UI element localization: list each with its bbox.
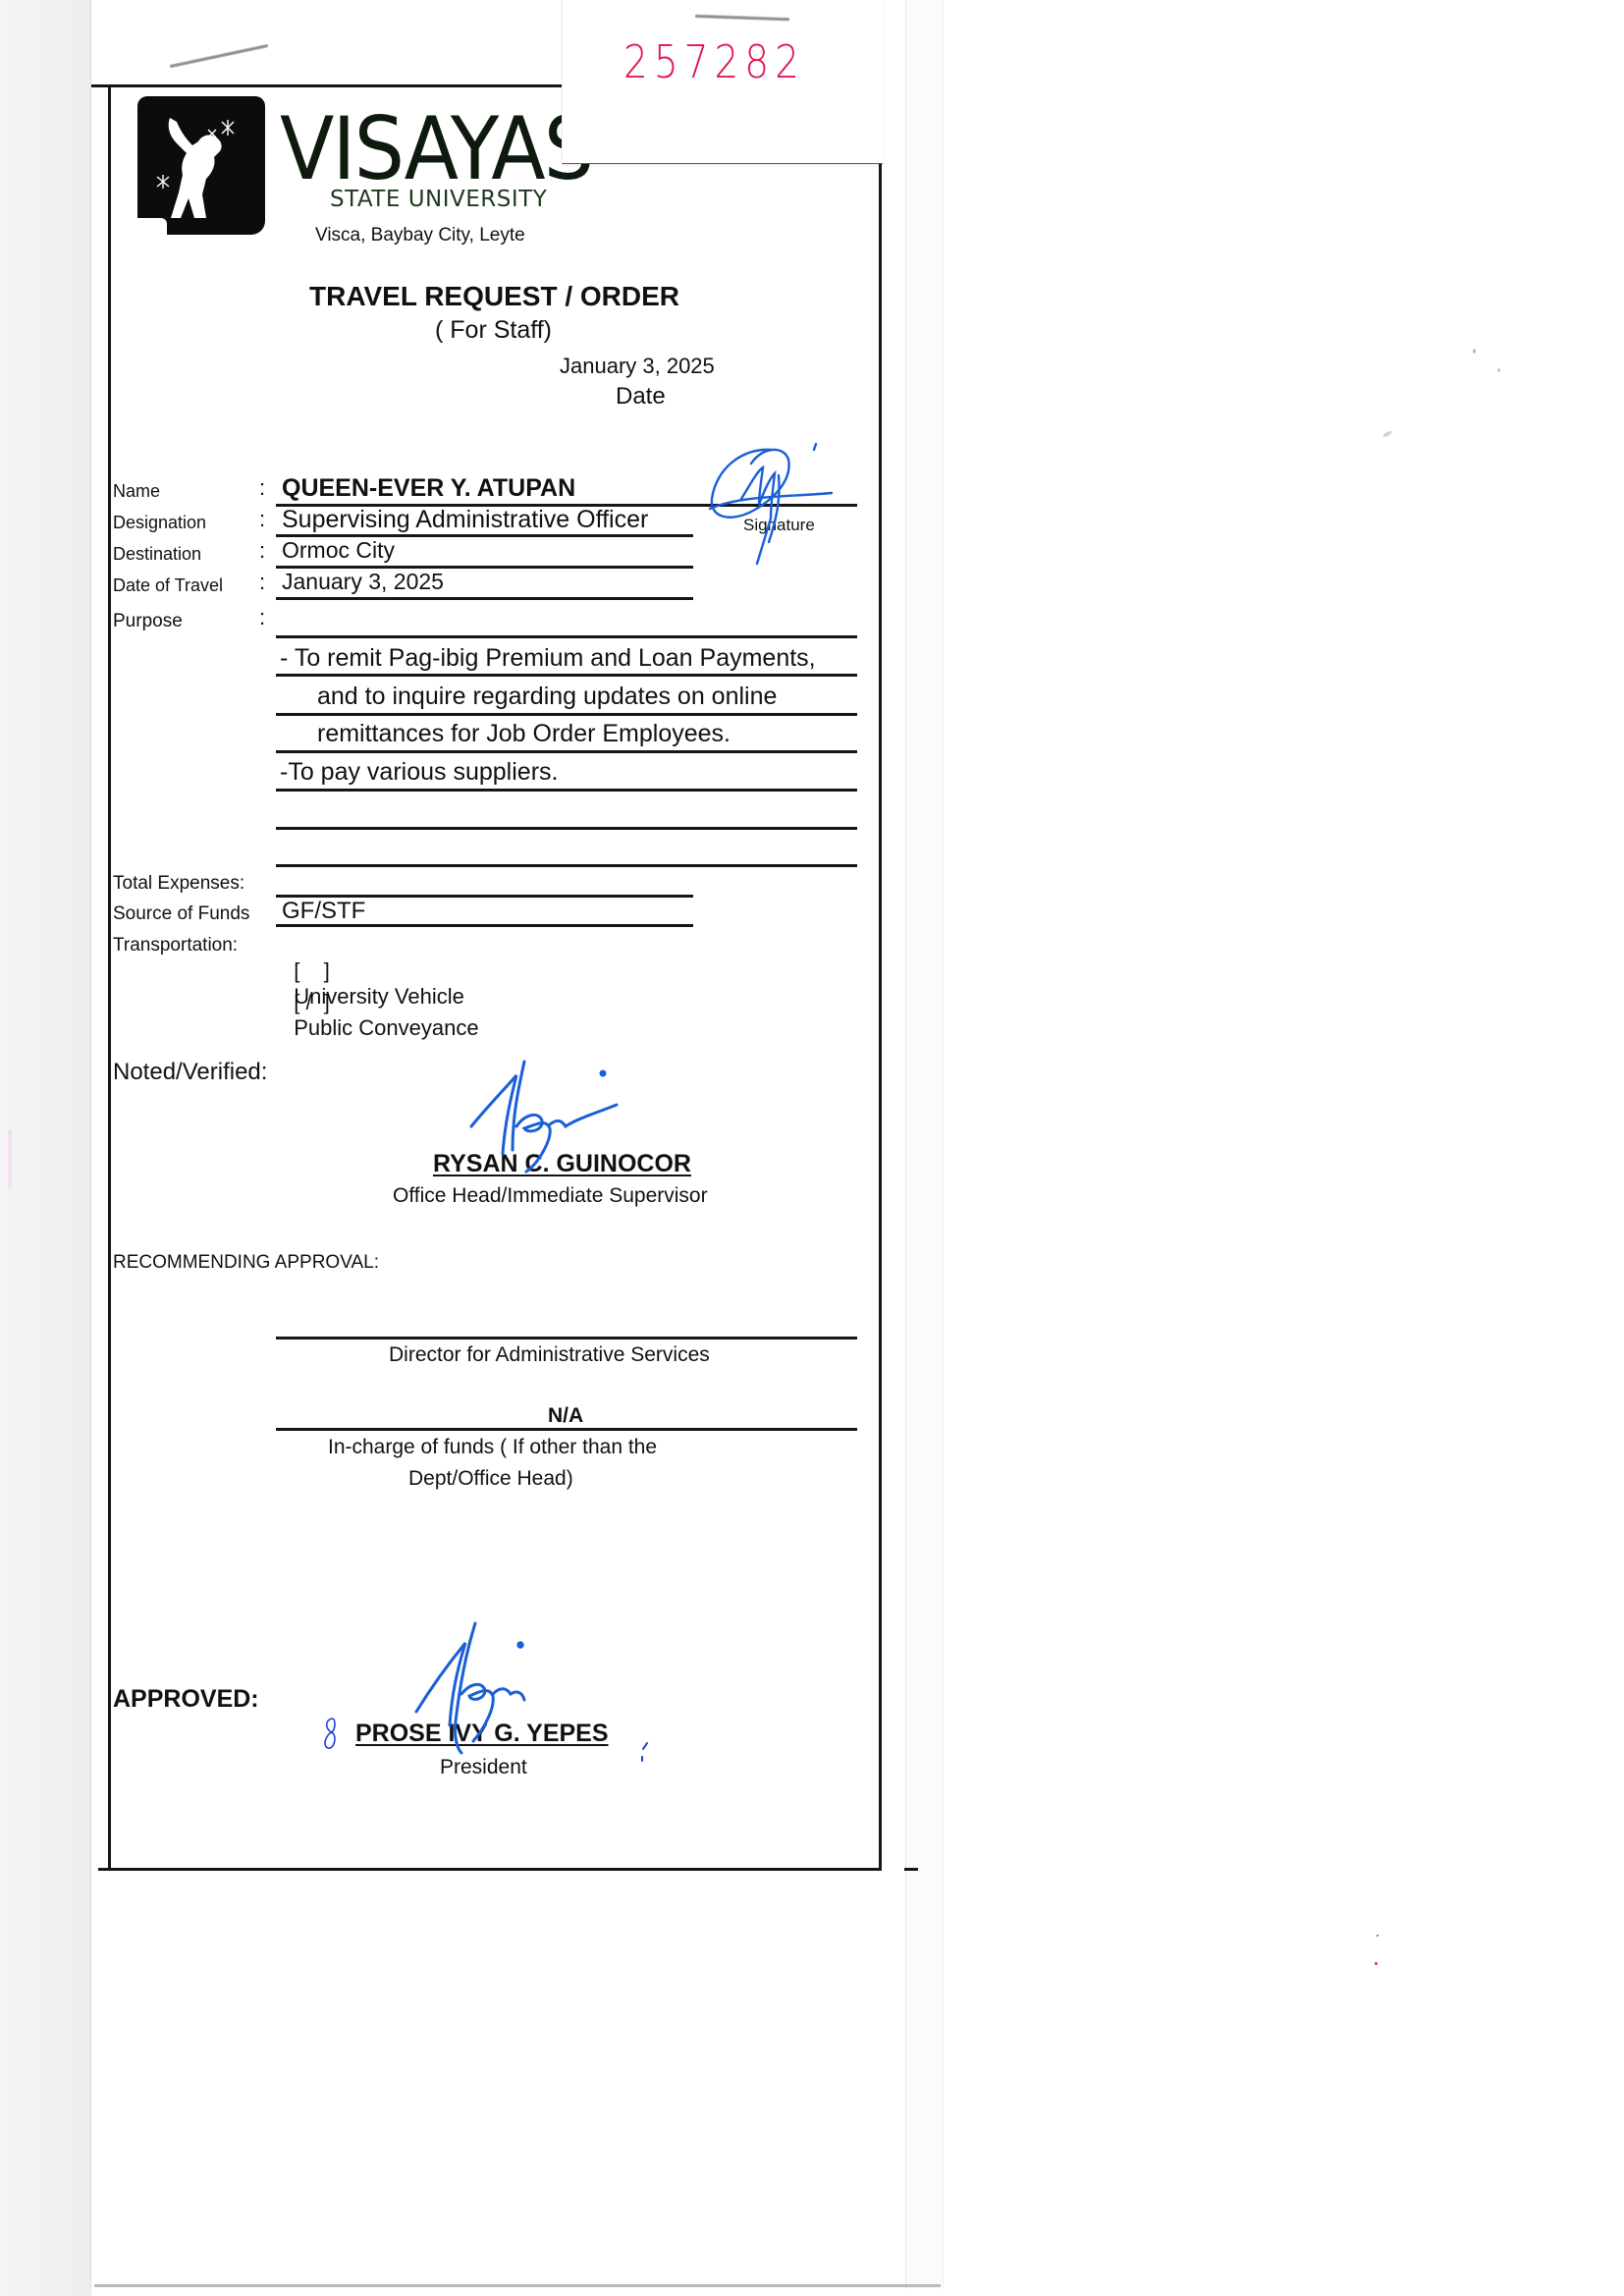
- underlying-sheet-edge: [905, 0, 944, 2288]
- designation-colon: :: [259, 507, 265, 532]
- form-title: TRAVEL REQUEST / ORDER: [309, 281, 679, 312]
- purpose-line-0: [276, 635, 857, 638]
- supervisor-name: RYSAN C. GUINOCOR: [433, 1150, 691, 1178]
- funds-incharge-line: [276, 1428, 857, 1431]
- purpose-text-line-4: -To pay various suppliers.: [280, 758, 558, 787]
- control-number: 257282: [623, 35, 805, 88]
- logo-notch: [137, 218, 167, 236]
- destination-label: Destination: [113, 544, 201, 565]
- director-role: Director for Administrative Services: [389, 1343, 710, 1367]
- source-of-funds-value: GF/STF: [282, 898, 365, 925]
- request-date-value: January 3, 2025: [560, 354, 715, 379]
- form-bottom-border-tick: [904, 1868, 918, 1871]
- purpose-label: Purpose: [113, 611, 183, 632]
- scan-speck: [1382, 430, 1393, 438]
- scan-speck: [1377, 1935, 1379, 1937]
- noted-verified-heading: Noted/Verified:: [113, 1059, 267, 1086]
- funds-incharge-role-line1: In-charge of funds ( If other than the: [328, 1436, 657, 1459]
- director-signature-line: [276, 1337, 857, 1339]
- destination-colon: :: [259, 538, 265, 564]
- purpose-line-2: [276, 713, 857, 716]
- transportation-label: Transportation:: [113, 935, 238, 957]
- scan-speck: [8, 1129, 12, 1188]
- funds-incharge-value: N/A: [548, 1404, 583, 1428]
- designation-label: Designation: [113, 513, 206, 533]
- source-of-funds-underline: [276, 924, 693, 927]
- approved-heading: APPROVED:: [113, 1685, 259, 1714]
- source-of-funds-label: Source of Funds: [113, 903, 249, 925]
- date-of-travel-colon: :: [259, 570, 265, 595]
- purpose-line-5: [276, 827, 857, 830]
- name-value: QUEEN-EVER Y. ATUPAN: [282, 474, 575, 503]
- form-right-border: [879, 163, 882, 1870]
- recommending-approval-heading: RECOMMENDING APPROVAL:: [113, 1252, 379, 1274]
- form-subtitle: ( For Staff): [435, 316, 552, 345]
- public-conveyance-label: Public Conveyance: [294, 1015, 478, 1040]
- name-label: Name: [113, 481, 160, 502]
- date-of-travel-underline: [276, 597, 693, 600]
- president-name: PROSE IVY G. YEPES: [355, 1720, 609, 1748]
- purpose-line-4: [276, 789, 857, 792]
- page-bottom-edge: [94, 2284, 941, 2287]
- checkbox-mark-checked: [ / ]: [294, 990, 330, 1014]
- institution-subtitle: STATE UNIVERSITY: [330, 187, 547, 212]
- form-bottom-border: [98, 1868, 882, 1871]
- scan-speck: [1497, 368, 1500, 372]
- form-left-border: [108, 86, 111, 1870]
- designation-value: Supervising Administrative Officer: [282, 506, 648, 534]
- name-colon: :: [259, 475, 265, 501]
- purpose-colon: :: [259, 605, 265, 630]
- public-conveyance-checkbox[interactable]: [ / ] Public Conveyance: [282, 964, 479, 1041]
- president-role: President: [440, 1756, 527, 1779]
- date-of-travel-label: Date of Travel: [113, 575, 223, 596]
- purpose-text-line-1: - To remit Pag-ibig Premium and Loan Pay…: [280, 644, 816, 673]
- institution-address: Visca, Baybay City, Leyte: [315, 225, 525, 246]
- scan-background: [0, 0, 91, 2296]
- purpose-line-3: [276, 750, 857, 753]
- request-date-label: Date: [616, 383, 666, 410]
- scan-speck: [1473, 349, 1476, 354]
- purpose-line-6: [276, 864, 857, 867]
- logo-figure-icon: [137, 96, 265, 235]
- date-of-travel-value: January 3, 2025: [282, 569, 444, 595]
- scan-speck: [1375, 1962, 1378, 1965]
- purpose-text-line-2: and to inquire regarding updates on onli…: [317, 683, 777, 711]
- purpose-text-line-3: remittances for Job Order Employees.: [317, 720, 731, 748]
- total-expenses-label: Total Expenses:: [113, 873, 244, 895]
- institution-name: VISAYAS: [280, 106, 592, 192]
- purpose-line-1: [276, 674, 857, 677]
- form-top-border: [91, 84, 563, 87]
- university-logo: [137, 96, 265, 235]
- supervisor-role: Office Head/Immediate Supervisor: [393, 1184, 708, 1208]
- signature-label: Signature: [743, 516, 815, 535]
- funds-incharge-role-line2: Dept/Office Head): [408, 1467, 573, 1491]
- destination-value: Ormoc City: [282, 537, 395, 564]
